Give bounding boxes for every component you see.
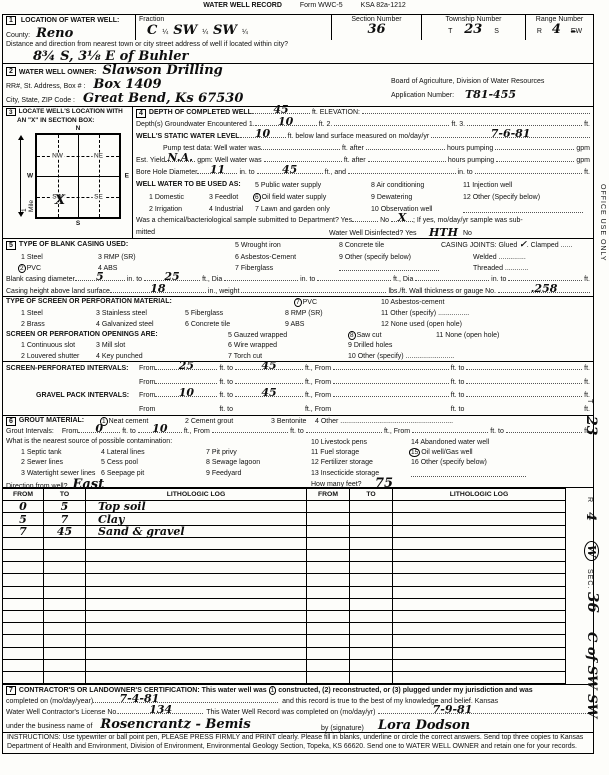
pump-ft-blank [261, 149, 340, 150]
log-row: 0 5 Top soil [3, 501, 566, 513]
cardinal-s: S [76, 220, 80, 227]
yield-line: Est. Yield N.A. gpm: Well water was ft. … [133, 155, 593, 167]
log-lith-cell: Top soil [86, 501, 307, 513]
contamination-row-2: 1 Septic tank 4 Lateral lines 7 Pit priv… [3, 447, 593, 457]
log-from-cell [307, 574, 350, 586]
bore-depth-value: 45 [282, 164, 297, 175]
range-r: R [537, 28, 542, 35]
log-to-cell: 7 [44, 513, 86, 525]
option-label: PVC [303, 299, 317, 306]
screen-intervals-label: SCREEN-PERFORATED INTERVALS: [6, 362, 139, 376]
casing-title: TYPE OF BLANK CASING USED: [19, 239, 128, 251]
log-lith-cell [86, 623, 307, 635]
ft-to-label: ft. to [451, 403, 465, 417]
screen-title: TYPE OF SCREEN OR PERFORATION MATERIAL: [6, 297, 172, 308]
log-lith-cell [86, 610, 307, 622]
margin-range-value: 4 [584, 512, 597, 521]
grout-title: GROUT MATERIAL: [19, 416, 84, 426]
log-lith-cell [393, 610, 566, 622]
log-lith-cell [86, 537, 307, 549]
log-to-cell [44, 623, 86, 635]
clamped-label: Clamped [531, 242, 559, 249]
log-from-cell [307, 513, 350, 525]
application-number-value: T81-455 [465, 89, 516, 100]
log-from-cell [307, 659, 350, 671]
log-row [3, 537, 566, 549]
log-from-cell [307, 586, 350, 598]
gravel-interval-to: 45 [261, 387, 276, 398]
log-to-cell [44, 586, 86, 598]
interval-blank [466, 369, 582, 370]
log-lith-cell [393, 659, 566, 671]
ft-to-label: ft. to [219, 403, 233, 417]
openings-row-3: 2 Louvered shutter 4 Key punched 7 Torch… [3, 351, 593, 362]
grout-from-value: 0 [95, 423, 103, 434]
log-lith-cell [393, 574, 566, 586]
diam-in-to-3: in. to [491, 274, 506, 286]
log-lith-cell [393, 537, 566, 549]
gravel-interval-from: 10 [179, 387, 194, 398]
log-from-cell [307, 598, 350, 610]
form-body: 1 LOCATION OF WATER WELL: County: Reno F… [2, 14, 594, 754]
use-row-2: 1 Domestic 3 Feedlot 6Oil field water su… [133, 191, 593, 203]
log-lith-cell [393, 513, 566, 525]
pump-ft-after: ft. after [342, 143, 364, 155]
license-value: 134 [149, 704, 172, 715]
fraction-cell: Fraction C ¼ SW ¼ SW ¼ [135, 15, 331, 40]
screen-intervals-line-2: From ft. to ft., From ft. to ft. [3, 376, 593, 390]
log-row [3, 562, 566, 574]
pump-hours-label: hours pumping [447, 143, 493, 155]
grout-blank [306, 432, 382, 433]
yield-label: Est. Yield [136, 155, 165, 167]
option-label: 11 Other (specify) [381, 310, 436, 317]
option-label: Neat cement [109, 418, 149, 425]
screen-intervals-line-1: SCREEN-PERFORATED INTERVALS: From 25 ft.… [3, 362, 593, 376]
section6-number: 6 [6, 417, 16, 426]
ft-to-label: ft. to [451, 362, 465, 376]
log-to-cell [350, 586, 393, 598]
bore-ft: ft. [584, 167, 590, 179]
log-from-cell [3, 562, 44, 574]
grout-intervals-line: Grout Intervals: From 0 ft. to 10 ft., F… [3, 427, 593, 437]
contamination-title-row: What is the nearest source of possible c… [3, 437, 593, 447]
ft-from-label: ft., From [184, 427, 210, 437]
height-value: 18 [150, 283, 165, 294]
board-text: Board of Agriculture, Division of Water … [391, 78, 544, 85]
log-from-cell: 7 [3, 525, 44, 537]
ft-label: ft. [584, 362, 590, 376]
section7-number: 7 [6, 686, 16, 695]
log-from-cell [307, 525, 350, 537]
fraction-line: C ¼ SW ¼ SW ¼ [139, 24, 328, 37]
mitted-label: mitted [136, 227, 155, 239]
bore-ft-and: ft., and [325, 167, 346, 179]
section3-number: 3 [6, 108, 16, 116]
screen-interval-from: 25 [179, 360, 194, 371]
log-from-cell [3, 623, 44, 635]
bore-label: Bore Hole Diameter [136, 167, 197, 179]
completed-label: completed on (mo/day/year) [6, 696, 93, 707]
pump-hours-blank [366, 149, 445, 150]
yield-hours-label: hours pumping [448, 155, 494, 167]
cert-line-4: under the business name of Rosencrantz -… [3, 718, 593, 732]
log-lith-cell [393, 550, 566, 562]
log-header-from-1: FROM [3, 489, 44, 501]
log-from-cell [307, 635, 350, 647]
section-location: 1 LOCATION OF WATER WELL: County: Reno F… [3, 15, 593, 64]
grout-intervals-label: Grout Intervals: [6, 427, 54, 437]
log-lith-cell: Sand & gravel [86, 525, 307, 537]
diam-blank-2 [224, 280, 298, 281]
log-to-cell [44, 598, 86, 610]
record-date-value: 7-9-81 [433, 704, 473, 715]
range-w: W [576, 28, 583, 35]
elevation-blank [362, 113, 590, 114]
interval-blank [466, 383, 582, 384]
margin-fraction-value: C of SW SW [585, 632, 598, 718]
address-value: Box 1409 [93, 78, 161, 91]
log-from-cell [307, 562, 350, 574]
from-label: From [139, 376, 155, 390]
water-well-record-page: WATER WELL RECORD Form WWC-5 KSA 82a-121… [0, 0, 609, 775]
circled-2: 2 [18, 264, 26, 273]
interval-blank [235, 383, 303, 384]
interval-blank [333, 396, 449, 397]
static-level-line: WELL'S STATIC WATER LEVEL 10 ft. below l… [133, 131, 593, 143]
circled-8: 8 [348, 331, 356, 340]
log-lith-cell [393, 671, 566, 683]
section-number-value: 36 [335, 23, 418, 36]
yield-hours-blank [368, 161, 446, 162]
section-box-diagram: NW NE SW SE N S W E X [35, 133, 121, 219]
log-from-cell [3, 635, 44, 647]
cert-line-3: Water Well Contractor's License No. 134 … [3, 707, 593, 718]
bore-in-to-2: in. to [458, 167, 473, 179]
form-title: WATER WELL RECORD [203, 0, 282, 12]
groundwater-2-label: ft. 2. [319, 119, 333, 131]
log-row [3, 574, 566, 586]
log-to-cell [350, 610, 393, 622]
circled-7: 7 [294, 298, 302, 307]
log-to-cell [350, 537, 393, 549]
cardinal-n: N [76, 125, 81, 132]
log-from-cell: 0 [3, 501, 44, 513]
log-to-cell [350, 574, 393, 586]
section1-title-line: 1 LOCATION OF WATER WELL: [6, 16, 132, 25]
log-lith-cell: Clay [86, 513, 307, 525]
form-header: WATER WELL RECORD Form WWC-5 KSA 82a-121… [0, 0, 609, 12]
locate-title-1: 3 LOCATE WELL'S LOCATION WITH [3, 107, 132, 116]
quadrant-ne: NE [92, 152, 105, 159]
diagram-center-horizontal [37, 176, 119, 177]
log-lith-cell [86, 562, 307, 574]
gravel-intervals-label: GRAVEL PACK INTERVALS: [6, 389, 139, 403]
log-from-cell [3, 586, 44, 598]
diameter-value: 5 [96, 271, 104, 282]
option-label: 4 Other [315, 418, 338, 425]
margin-section-value: 36 [585, 592, 600, 613]
contamination-label: What is the nearest source of possible c… [6, 437, 172, 447]
quarter-glyph: ¼ [202, 29, 208, 36]
log-row [3, 610, 566, 622]
pump-test-line: Pump test data: Well water was ft. after… [133, 143, 593, 155]
log-lith-cell [393, 623, 566, 635]
groundwater-2-blank [334, 125, 449, 126]
log-to-cell: 45 [44, 525, 86, 537]
log-from-cell [3, 647, 44, 659]
cardinal-e: E [125, 173, 129, 180]
log-row [3, 659, 566, 671]
instructions-text: INSTRUCTIONS: Use typewriter or ball poi… [3, 732, 593, 753]
business-label: under the business name of [6, 720, 92, 734]
casing-row-3: 2PVC 4 ABS 7 Fiberglass Threaded .......… [3, 262, 593, 274]
owner-line: 2 WATER WELL OWNER: Slawson Drilling [3, 64, 593, 78]
log-lith-cell [393, 501, 566, 513]
casing-diameter-line: Blank casing diameter 5 in. to 25 ft., D… [3, 274, 593, 286]
township-s: S [494, 28, 499, 35]
sample-label: Was a chemical/bacteriological sample su… [136, 215, 352, 227]
sample-yes-blank [352, 221, 378, 222]
bore-line: Bore Hole Diameter 11 in. to 45 ft., and… [133, 167, 593, 179]
depth-value: 45 [273, 104, 288, 115]
log-header-lith-1: LITHOLOGIC LOG [86, 489, 307, 501]
ft-from-label: ft., From [305, 376, 331, 390]
disinfect-line: mitted Water Well Disinfected? Yes HTH N… [133, 227, 593, 239]
log-row: 5 7 Clay [3, 513, 566, 525]
diam-in-to-1: in. to [127, 274, 142, 286]
sample-no-label: No [380, 215, 389, 227]
log-to-cell [44, 537, 86, 549]
cert-line-2: completed on (mo/day/year) 7-4-81 and th… [3, 696, 593, 707]
signature-label: by (signature) [321, 722, 364, 736]
log-header: FROM TO LITHOLOGIC LOG FROM TO LITHOLOGI… [3, 489, 566, 501]
log-from-cell [3, 598, 44, 610]
groundwater-ft: ft. [584, 119, 590, 131]
log-row [3, 671, 566, 683]
static-level-value: 10 [255, 128, 270, 139]
bore-in-to-1: in. to [239, 167, 254, 179]
height-label: Casing height above land surface [6, 286, 110, 298]
log-header-from-2: FROM [307, 489, 350, 501]
disinfect-value: HTH [429, 227, 458, 238]
diam-ft-end: ft. [584, 274, 590, 286]
yield-ft-after: ft. after [344, 155, 366, 167]
business-value: Rosencrantz - Bemis [100, 718, 250, 731]
fraction-label: Fraction [139, 16, 328, 23]
locate-title-2: AN "X" IN SECTION BOX: [3, 116, 132, 125]
ft-label: ft. [584, 376, 590, 390]
log-to-cell [350, 550, 393, 562]
option-label: Saw cut [357, 332, 382, 339]
grout-blank [412, 432, 488, 433]
log-lith-cell [86, 659, 307, 671]
log-row [3, 623, 566, 635]
option-label: Oil field water supply [262, 194, 327, 201]
section-intervals: SCREEN-PERFORATED INTERVALS: From 25 ft.… [3, 362, 593, 416]
section-casing: 5 TYPE OF BLANK CASING USED: 5 Wrought i… [3, 239, 593, 297]
welded-label: Welded [473, 254, 497, 261]
casing-title-row: 5 TYPE OF BLANK CASING USED: 5 Wrought i… [3, 239, 593, 251]
margin-range-direction-value: W [584, 541, 599, 561]
log-header-to-2: TO [350, 489, 393, 501]
log-row [3, 598, 566, 610]
circled-15: 15 [409, 448, 420, 457]
pump-gpm-label: gpm [576, 143, 590, 155]
log-from-cell [307, 647, 350, 659]
section1-title: LOCATION OF WATER WELL: [21, 17, 120, 24]
margin-sec-label: SEC. [586, 569, 593, 589]
section-number-cell: Section Number 36 [331, 15, 421, 40]
log-to-cell [350, 623, 393, 635]
from-label: From [139, 362, 155, 376]
bore-blank-3 [475, 173, 582, 174]
use-title: WELL WATER TO BE USED AS: [136, 179, 241, 191]
diam-blank-3 [317, 280, 391, 281]
ft-to-label: ft. to [451, 376, 465, 390]
section-certification: 7 CONTRACTOR'S OR LANDOWNER'S CERTIFICAT… [3, 685, 593, 753]
quarter-glyph: ¼ [162, 29, 168, 36]
margin-township-value: 23 [584, 416, 598, 435]
depth-line: 4 DEPTH OF COMPLETED WELL 45 ft. ELEVATI… [133, 107, 593, 119]
township-value: 23 [464, 22, 482, 37]
log-from-cell: 5 [3, 513, 44, 525]
grout-to-value: 10 [152, 423, 167, 434]
quadrant-se: SE [92, 193, 105, 200]
log-from-cell [3, 610, 44, 622]
log-lith-cell [86, 635, 307, 647]
screen-row-3: 2 Brass 4 Galvanized steel 6 Concrete ti… [3, 319, 593, 330]
city-value: Great Bend, Ks 67530 [83, 92, 243, 105]
depth-label: DEPTH OF COMPLETED WELL [149, 107, 252, 119]
casing-other-blank [339, 270, 439, 271]
contamination-other-blank [411, 476, 526, 477]
screen-row-2: 1 Steel 3 Stainless steel 5 Fiberglass 8… [3, 308, 593, 319]
yield-ft-blank [264, 161, 342, 162]
log-lith-cell [86, 574, 307, 586]
grout-blank [506, 432, 582, 433]
section-screen: TYPE OF SCREEN OR PERFORATION MATERIAL: … [3, 297, 593, 362]
ft-to-label: ft. to [451, 389, 465, 403]
diam-ft-dia-2: ft., Dia [393, 274, 413, 286]
one-mile-label: 1 Mile [21, 198, 35, 214]
ft-from-label: ft., From [305, 389, 331, 403]
township-cell: Township Number T 23 S [421, 15, 525, 40]
yield-value: N.A. [167, 152, 193, 163]
diameter-label: Blank casing diameter [6, 274, 75, 286]
diagram-dashed-v2 [99, 135, 100, 217]
owner-value: Slawson Drilling [102, 64, 222, 77]
log-from-cell [3, 659, 44, 671]
log-to-cell [44, 562, 86, 574]
contamination-row-3: 2 Sewer lines 5 Cess pool 8 Sewage lagoo… [3, 457, 593, 467]
option-label: 10 Other (specify) [348, 353, 404, 360]
diam-in-to-2: in. to [300, 274, 315, 286]
ft-to-label: ft. to [219, 389, 233, 403]
screen-title-row: TYPE OF SCREEN OR PERFORATION MATERIAL: … [3, 297, 593, 308]
cert-text-2: constructed, (2) reconstructed, or (3) p… [278, 685, 532, 696]
static-level-date: 7-6-81 [491, 128, 531, 139]
log-from-cell [307, 550, 350, 562]
screen-interval-to: 45 [261, 360, 276, 371]
fraction-1-value: C [147, 24, 157, 37]
log-to-cell [350, 501, 393, 513]
log-to-cell [350, 562, 393, 574]
log-lith-cell [86, 550, 307, 562]
from-label: From [139, 403, 155, 417]
groundwater-3-label: ft. 3. [451, 119, 465, 131]
section1-number: 1 [6, 16, 16, 25]
signature-value: Lora Dodson [378, 719, 470, 732]
section5-number: 5 [6, 241, 16, 250]
sample-no-x: X [398, 212, 407, 223]
log-to-cell [44, 671, 86, 683]
openings-title: SCREEN OR PERFORATION OPENINGS ARE: [6, 330, 158, 341]
openings-row-2: 1 Continuous slot 3 Mill slot 6 Wire wra… [3, 340, 593, 351]
ft-to-label: ft. to [490, 427, 504, 437]
ft-from-label: ft., From [384, 427, 410, 437]
log-row [3, 635, 566, 647]
log-to-cell [350, 598, 393, 610]
log-lith-cell [393, 586, 566, 598]
log-row: 7 45 Sand & gravel [3, 525, 566, 537]
fraction-2-value: SW [173, 24, 197, 37]
county-label: County: [6, 32, 30, 39]
log-to-cell [44, 635, 86, 647]
joints-label: CASING JOINTS: Glued [441, 242, 517, 249]
margin-r-label: R [586, 497, 593, 503]
circled-6: 6 [253, 193, 261, 202]
section-owner: 2 WATER WELL OWNER: Slawson Drilling RR#… [3, 64, 593, 107]
ft-to-label: ft. to [219, 376, 233, 390]
quarter-glyph: ¼ [242, 29, 248, 36]
other-specify-blank [463, 212, 583, 213]
use-row-3: 2 Irrigation 4 Industrial 7 Lawn and gar… [133, 203, 593, 215]
yield-mid: gpm: Well water was [197, 155, 261, 167]
casing-row-2: 1 Steel 3 RMP (SR) 6 Asbestos-Cement 9 O… [3, 251, 593, 263]
diam-blank-4 [415, 280, 489, 281]
township-t: T [448, 28, 452, 35]
grout-blank [212, 432, 288, 433]
pump-gpm-blank [495, 149, 574, 150]
sample-line: Was a chemical/bacteriological sample su… [133, 215, 593, 227]
log-to-cell [350, 659, 393, 671]
static-level-label: WELL'S STATIC WATER LEVEL [136, 131, 240, 143]
range-value: 4 [552, 22, 561, 37]
option-label: PVC [27, 265, 41, 272]
distance-value: 8¾ S, 3⅛ E of Buhler [33, 50, 188, 63]
ft-to-label: ft. to [219, 362, 233, 376]
log-lith-cell [393, 647, 566, 659]
log-from-cell [3, 537, 44, 549]
interval-blank [333, 383, 449, 384]
log-from-cell [307, 623, 350, 635]
lithologic-log-section: FROM TO LITHOLOGIC LOG FROM TO LITHOLOGI… [3, 488, 593, 685]
log-lith-cell [86, 647, 307, 659]
groundwater-3-blank [467, 125, 582, 126]
yield-gpm-label: gpm [576, 155, 590, 167]
casing-height-line: Casing height above land surface 18 in.,… [3, 286, 593, 298]
log-from-cell [307, 501, 350, 513]
one-mile-arrow: 1 Mile [20, 137, 21, 215]
log-to-cell [44, 647, 86, 659]
wall-value: .258 [531, 283, 558, 294]
gravel-intervals-line-1: GRAVEL PACK INTERVALS: From 10 ft. to 45… [3, 389, 593, 403]
threaded-label: Threaded [473, 265, 503, 272]
interval-blank [333, 369, 449, 370]
log-lith-cell [393, 525, 566, 537]
well-x-mark: X [55, 194, 65, 207]
